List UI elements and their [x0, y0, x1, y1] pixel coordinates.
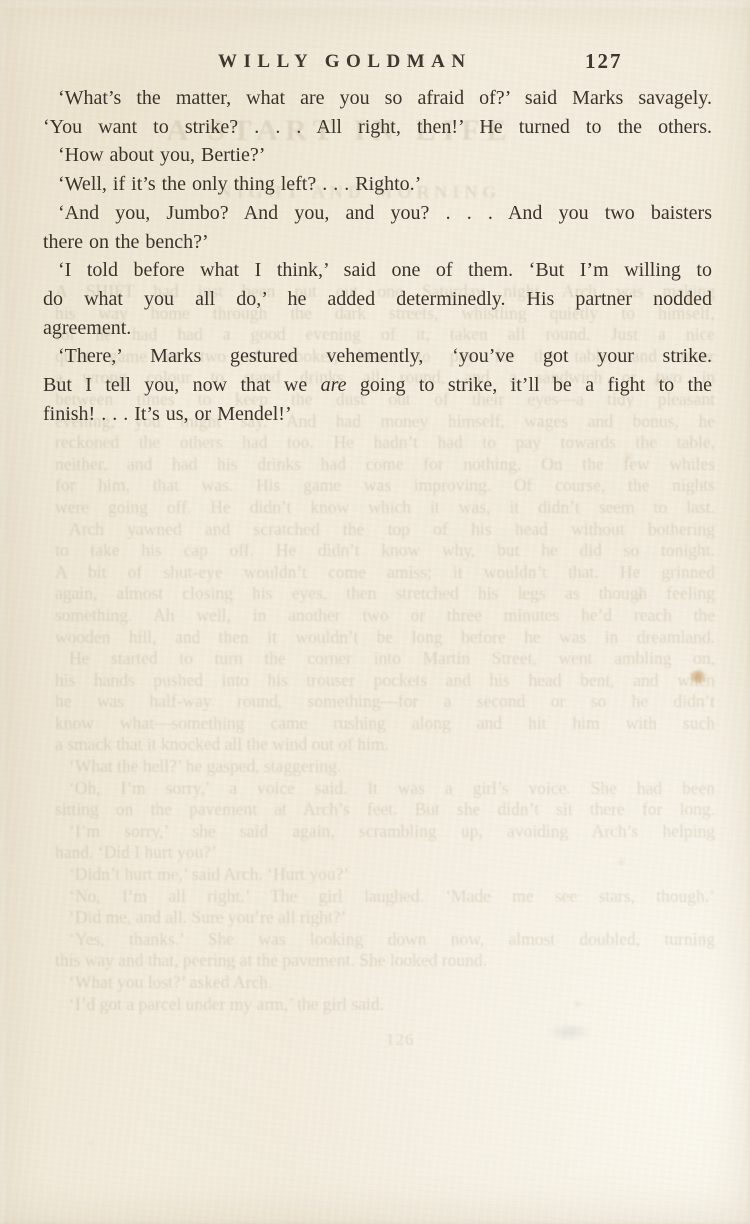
ghost-line: know what—something came rushing along a… [55, 713, 715, 735]
ghost-line: for him, that was. His game was improvin… [55, 475, 715, 497]
foxing-spot [634, 592, 643, 601]
ghost-line: this way and that, peering at the paveme… [55, 950, 715, 972]
ghost-line: ‘Didn’t hurt me,’ said Arch. ‘Hurt you?’ [55, 864, 715, 886]
body-line: ‘How about you, Bertie?’ [43, 141, 712, 170]
ghost-line: something. Ah well, in another two or th… [55, 605, 715, 627]
grey-smudge [548, 1024, 590, 1040]
line-text: going to strike, it’ll be a fight to the [347, 374, 712, 396]
ghost-line: a smack that it knocked all the wind out… [55, 734, 715, 756]
body-line: ‘There,’ Marks gestured vehemently, ‘you… [43, 342, 712, 371]
ghost-line: ‘What the hell?’ he gasped, staggering. [55, 756, 715, 778]
body-text-block: ‘What’s the matter, what are you so afra… [43, 84, 712, 428]
scanned-book-page: A START IN LIFE NIGHT AND MORNING A SHIF… [0, 0, 750, 1224]
body-line: do what you all do,’ he added determined… [43, 285, 712, 314]
body-line: ‘And you, Jumbo? And you, and you? . . .… [43, 199, 712, 228]
line-text: But I tell you, now that we [43, 374, 321, 396]
ghost-line: hand. ‘Did I hurt you?’ [55, 842, 715, 864]
ghost-line: neither, and had his drinks had come for… [55, 454, 715, 476]
ghost-line: Arch yawned and scratched the top of his… [55, 519, 715, 541]
ghost-line: ‘Oh, I’m sorry,’ a voice said. It was a … [55, 778, 715, 800]
ghost-line: he was half-way round, something—for a s… [55, 691, 715, 713]
ghost-line: wooden hill, and then it wouldn’t be lon… [55, 627, 715, 649]
ghost-line: his hands pushed into his trouser pocket… [55, 670, 715, 692]
ghost-line: He started to turn the corner into Marti… [55, 648, 715, 670]
foxing-spot [574, 1000, 582, 1008]
running-title: WILLY GOLDMAN [218, 51, 472, 73]
ghost-line: ‘No, I’m all right.’ The girl laughed. ‘… [55, 886, 715, 908]
ghost-line: sitting on the pavement at Arch’s feet. … [55, 799, 715, 821]
ghost-line: again, almost closing his eyes, then str… [55, 583, 715, 605]
body-line: ‘I told before what I think,’ said one o… [43, 256, 712, 285]
ghost-line: ‘Did me, and all. Sure you’re all right?… [55, 907, 715, 929]
italic-word: are [321, 374, 347, 396]
body-line: finish! . . . It’s us, or Mendel!’ [43, 400, 712, 429]
body-line: ‘Well, if it’s the only thing left? . . … [43, 170, 712, 199]
ghost-line: to take his cap off. He didn’t know why,… [55, 540, 715, 562]
page-number: 127 [585, 49, 623, 74]
ghost-line: ‘I’m sorry,’ she said again, scrambling … [55, 821, 715, 843]
body-line: ‘You want to strike? . . . All right, th… [43, 113, 712, 142]
ghost-line: were going off. He didn’t know which it … [55, 497, 715, 519]
body-line: ‘What’s the matter, what are you so afra… [43, 84, 712, 113]
ghost-line: ‘What you lost?’ asked Arch. [55, 972, 715, 994]
foxing-spot [691, 670, 706, 684]
ghost-line: reckoned the others had too. He hadn’t h… [55, 432, 715, 454]
ghost-line: A bit of shut-eye wouldn’t come amiss; i… [55, 562, 715, 584]
foxing-spot [617, 858, 625, 866]
body-line: there on the bench?’ [43, 228, 712, 257]
ghost-page-number: 126 [386, 1030, 415, 1050]
foxing-spot [88, 1140, 94, 1146]
ghost-line: ‘Yes, thanks.’ She was looking down now,… [55, 929, 715, 951]
body-line: agreement. [43, 314, 712, 343]
foxing-spot [624, 452, 633, 461]
body-line: But I tell you, now that we are going to… [43, 371, 712, 400]
ghost-line: ‘I’d got a parcel under my arm,’ the gir… [55, 994, 715, 1016]
